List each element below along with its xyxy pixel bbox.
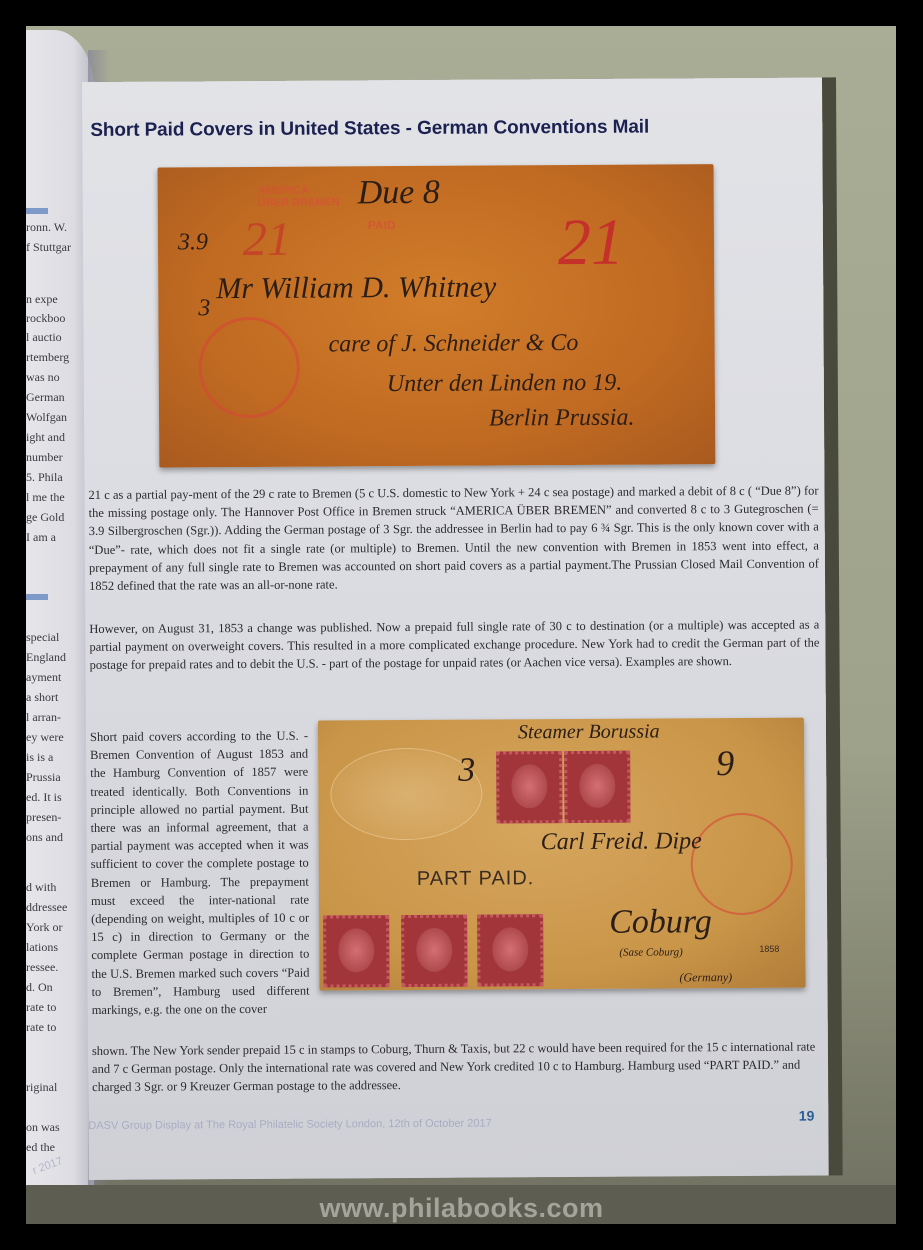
left-page-text-fragment: on was bbox=[26, 1120, 60, 1135]
cover-image-whitney: AMERICAÜBER BREMEN PAID Due 8 21 3.9 21 … bbox=[158, 164, 716, 467]
steamer-marking: Steamer Borussia bbox=[518, 720, 660, 744]
page-footer: DASV Group Display at The Royal Philatel… bbox=[88, 1118, 491, 1132]
left-page-text-fragment: rockboo bbox=[26, 311, 65, 326]
left-page-text-fragment: ey were bbox=[26, 730, 64, 745]
left-page-text-fragment: is is a bbox=[26, 750, 53, 765]
left-page-text-fragment: d. On bbox=[26, 980, 53, 995]
page-number: 19 bbox=[799, 1108, 815, 1124]
address-line: Carl Freid. Dipe bbox=[541, 828, 702, 856]
left-page-text-fragment: special bbox=[26, 630, 59, 645]
part-paid-stamp: PART PAID. bbox=[417, 867, 535, 891]
left-page-text-fragment: York or bbox=[26, 920, 62, 935]
left-page-text-fragment: lations bbox=[26, 940, 58, 955]
address-line: Unter den Linden no 19. bbox=[387, 370, 622, 398]
left-page-rule bbox=[26, 594, 48, 600]
address-line: (Germany) bbox=[679, 970, 732, 985]
left-page-text-fragment: Prussia bbox=[26, 770, 61, 785]
due-marking: Due 8 bbox=[358, 174, 440, 213]
pencil-marking-2: 3 bbox=[198, 295, 210, 322]
address-line: care of J. Schneider & Co bbox=[329, 330, 579, 359]
postage-stamp bbox=[477, 914, 543, 986]
left-page-text-fragment: ayment bbox=[26, 670, 61, 685]
left-page-text-fragment: l me the bbox=[26, 490, 65, 505]
postmark-circle bbox=[198, 317, 300, 419]
paid-stamp: PAID bbox=[368, 218, 396, 232]
address-line: Coburg bbox=[609, 903, 712, 942]
left-page-text-fragment: d with bbox=[26, 880, 56, 895]
postage-stamp bbox=[496, 751, 562, 823]
paragraph-august-1853-change: However, on August 31, 1853 a change was… bbox=[89, 616, 819, 675]
left-page-text-fragment: l arran- bbox=[26, 710, 61, 725]
postage-stamp bbox=[401, 915, 467, 987]
red-postmark bbox=[690, 813, 793, 916]
paragraph-cover-1-description: 21 c as a partial pay-ment of the 29 c r… bbox=[88, 482, 819, 596]
left-page-footer: r 2017 bbox=[31, 1155, 64, 1177]
left-page-text-fragment: ddressee bbox=[26, 900, 67, 915]
left-page-text-fragment: f Stuttgar bbox=[26, 240, 71, 255]
postage-stamp bbox=[564, 751, 630, 823]
address-line: Mr William D. Whitney bbox=[216, 270, 496, 306]
cover-image-coburg: Steamer Borussia 3 9 PART PAID. Carl Fre… bbox=[318, 718, 806, 991]
left-page-text-fragment: riginal bbox=[26, 1080, 57, 1095]
left-page-text-fragment: l auctio bbox=[26, 330, 62, 345]
rate-marking: 21 bbox=[558, 205, 624, 281]
left-page-text-fragment: 5. Phila bbox=[26, 470, 63, 485]
pencil-marking: 3.9 bbox=[178, 229, 208, 256]
year-marking: 1858 bbox=[759, 944, 779, 954]
faint-rate-marking: 21 bbox=[243, 212, 291, 267]
left-page-text-fragment: England bbox=[26, 650, 66, 665]
left-page-text-fragment: ed. It is bbox=[26, 790, 62, 805]
paragraph-coburg-cover: shown. The New York sender prepaid 15 c … bbox=[92, 1037, 822, 1096]
left-page-text-fragment: Wolfgan bbox=[26, 410, 67, 425]
left-page-rule bbox=[26, 208, 48, 214]
left-page-text-fragment: was no bbox=[26, 370, 60, 385]
left-page-text-fragment: ight and bbox=[26, 430, 65, 445]
page-title: Short Paid Covers in United States - Ger… bbox=[90, 117, 649, 142]
left-page-text-fragment: a short bbox=[26, 690, 58, 705]
left-page-text-fragment: I am a bbox=[26, 530, 56, 545]
left-page-text-fragment: rtemberg bbox=[26, 350, 69, 365]
left-page-text-fragment: ge Gold bbox=[26, 510, 64, 525]
left-page-text-fragment: rate to bbox=[26, 1020, 56, 1035]
left-page-text-fragment: ronn. W. bbox=[26, 220, 67, 235]
left-page-text-fragment: ressee. bbox=[26, 960, 58, 975]
watermark: www.philabooks.com bbox=[0, 1193, 923, 1224]
left-page-text-fragment: ed the bbox=[26, 1140, 55, 1155]
address-line: (Sase Coburg) bbox=[619, 946, 683, 958]
left-page-text-fragment: German bbox=[26, 390, 65, 405]
address-line: Berlin Prussia. bbox=[489, 405, 635, 433]
left-page-text-fragment: n expe bbox=[26, 292, 58, 307]
postage-stamp bbox=[323, 915, 389, 987]
pencil-marking: 3 bbox=[458, 752, 475, 790]
left-page-text-fragment: presen- bbox=[26, 810, 61, 825]
left-page-text-fragment: number bbox=[26, 450, 63, 465]
america-uber-bremen-stamp: AMERICAÜBER BREMEN bbox=[258, 184, 340, 208]
left-page-text-fragment: ons and bbox=[26, 830, 63, 845]
book-page: Short Paid Covers in United States - Ger… bbox=[82, 77, 829, 1179]
paragraph-conventions: Short paid covers according to the U.S. … bbox=[90, 727, 310, 1020]
rate-marking: 9 bbox=[716, 742, 734, 784]
left-page-text-fragment: rate to bbox=[26, 1000, 56, 1015]
